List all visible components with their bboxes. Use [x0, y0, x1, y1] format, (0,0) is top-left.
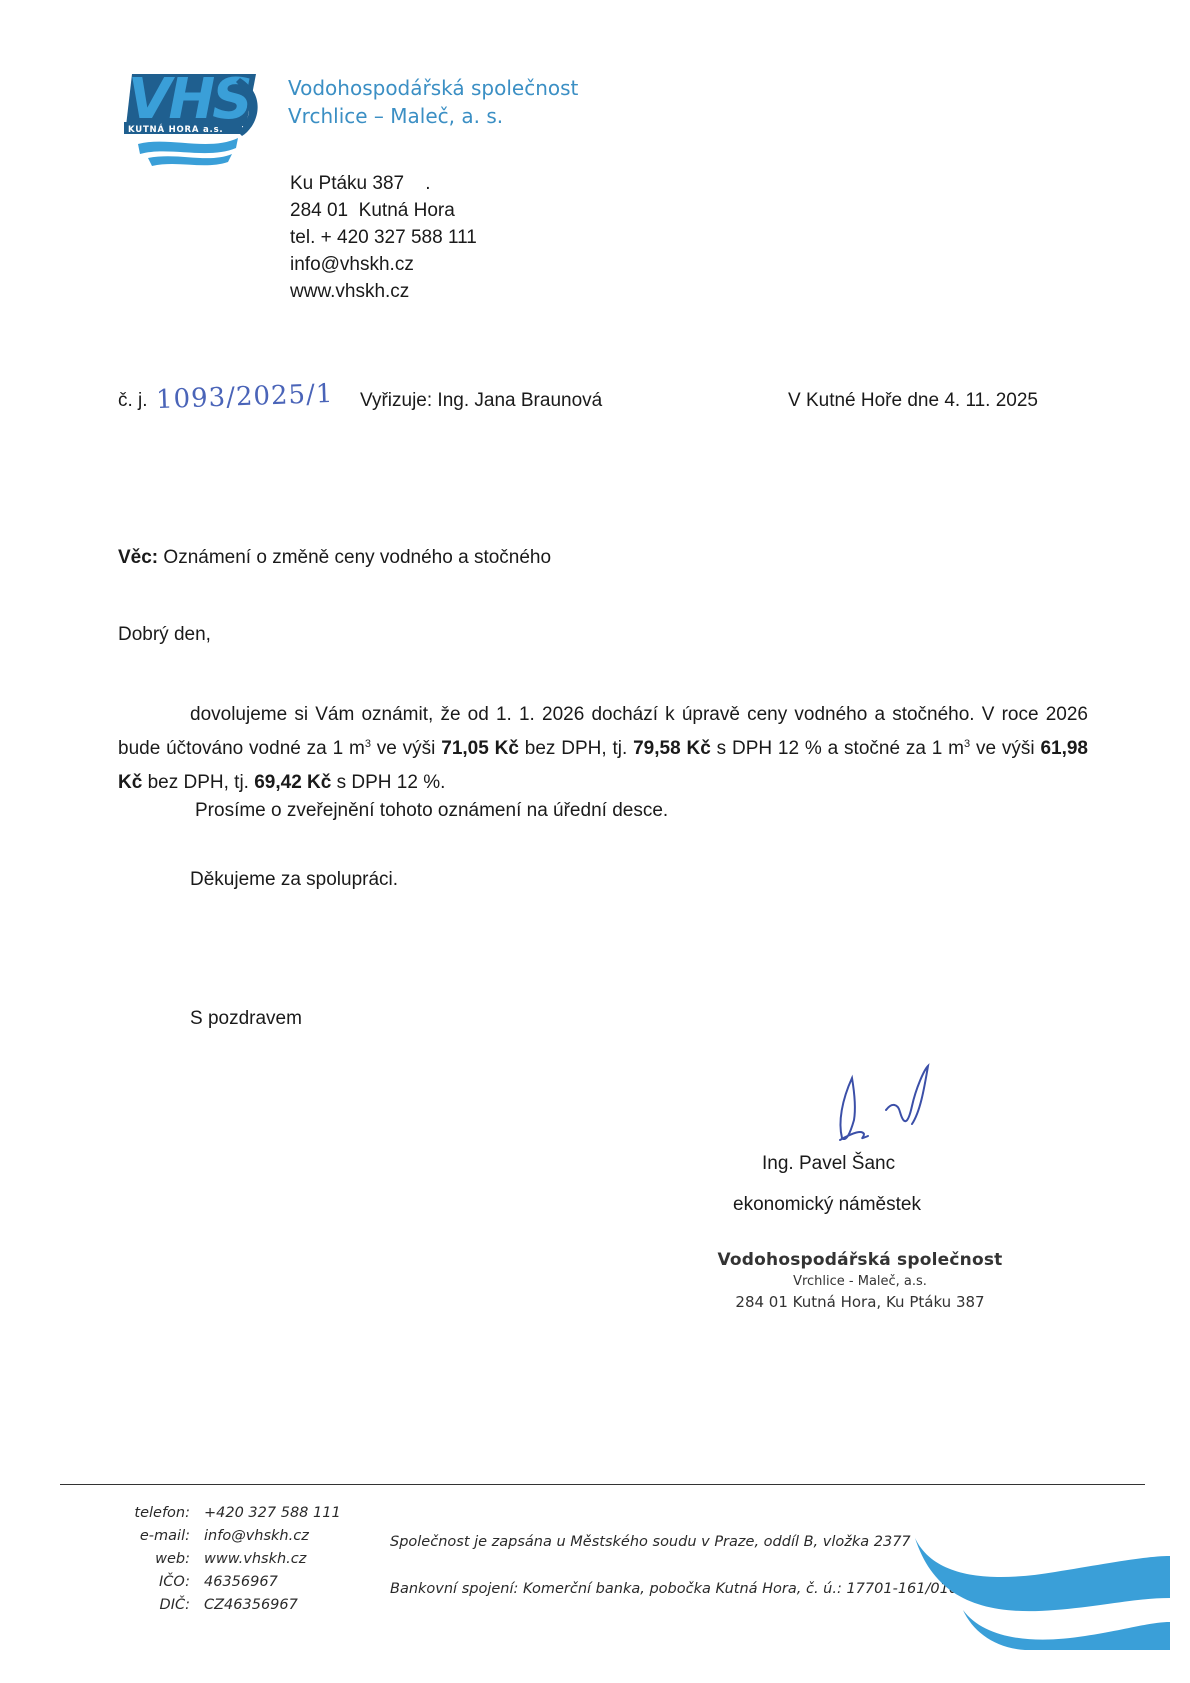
reference-label: č. j. — [118, 390, 148, 412]
handler: Vyřizuje: Ing. Jana Braunová — [360, 390, 602, 412]
footer-registration: Společnost je zapsána u Městského soudu … — [390, 1534, 911, 1550]
subject-line: Věc: Oznámení o změně ceny vodného a sto… — [118, 547, 551, 569]
signer-name: Ing. Pavel Šanc — [762, 1153, 895, 1175]
greeting: Dobrý den, — [118, 624, 211, 646]
footer-contact-web: web: www.vhskh.cz — [110, 1548, 341, 1571]
company-stamp: Vodohospodářská společnost Vrchlice - Ma… — [700, 1250, 1020, 1311]
stamp-line2: Vrchlice - Maleč, a.s. — [700, 1274, 1020, 1289]
publication-request: Prosíme o zveřejnění tohoto oznámení na … — [195, 800, 668, 822]
letter-date: V Kutné Hoře dne 4. 11. 2025 — [788, 390, 1038, 412]
signer-title: ekonomický náměstek — [733, 1194, 921, 1216]
reference-number-handwritten: 1093/2025/1 — [156, 379, 334, 415]
address-street: Ku Ptáku 387 . — [290, 170, 477, 197]
address-city: 284 01 Kutná Hora — [290, 197, 477, 224]
svg-text:KUTNÁ HORA a.s.: KUTNÁ HORA a.s. — [128, 123, 223, 135]
vhs-logo-icon: VHS KUTNÁ HORA a.s. — [118, 66, 268, 178]
sender-address: Ku Ptáku 387 . 284 01 Kutná Hora tel. + … — [290, 170, 477, 305]
footer-contact-dic: DIČ: CZ46356967 — [110, 1594, 341, 1617]
footer-contacts: telefon: +420 327 588 111 e-mail: info@v… — [110, 1502, 341, 1617]
subject-label: Věc: — [118, 547, 158, 568]
address-web: www.vhskh.cz — [290, 278, 477, 305]
handwritten-signature-icon — [820, 1060, 960, 1150]
company-name-line2: Vrchlice – Maleč, a. s. — [288, 102, 578, 130]
footer-bank-details: Bankovní spojení: Komerční banka, pobočk… — [390, 1581, 967, 1597]
thanks-line: Děkujeme za spolupráci. — [190, 869, 398, 891]
regards: S pozdravem — [190, 1008, 302, 1030]
company-name-header: Vodohospodářská společnost Vrchlice – Ma… — [288, 74, 578, 130]
address-phone: tel. + 420 327 588 111 — [290, 224, 477, 251]
body-paragraph: dovolujeme si Vám oznámit, že od 1. 1. 2… — [118, 698, 1088, 800]
stamp-line3: 284 01 Kutná Hora, Ku Ptáku 387 — [700, 1293, 1020, 1311]
company-name-line1: Vodohospodářská společnost — [288, 74, 578, 102]
water-price-gross: 79,58 Kč — [633, 738, 711, 759]
footer-contact-phone: telefon: +420 327 588 111 — [110, 1502, 341, 1525]
water-price-net: 71,05 Kč — [441, 738, 519, 759]
address-email: info@vhskh.cz — [290, 251, 477, 278]
footer-contact-email: e-mail: info@vhskh.cz — [110, 1525, 341, 1548]
sewage-price-gross: 69,42 Kč — [254, 772, 331, 793]
subject-text: Oznámení o změně ceny vodného a stočného — [163, 547, 551, 568]
footer-divider — [60, 1484, 1145, 1485]
stamp-line1: Vodohospodářská společnost — [700, 1250, 1020, 1270]
footer-contact-ico: IČO: 46356967 — [110, 1571, 341, 1594]
footer-wave-icon — [905, 1510, 1175, 1650]
